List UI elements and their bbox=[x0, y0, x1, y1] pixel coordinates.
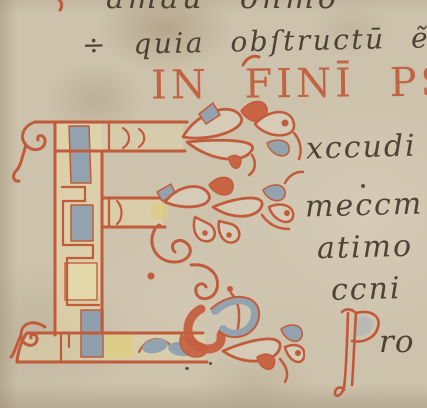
cropped-text-line-right: onmō bbox=[240, 0, 340, 16]
manuscript-page: amau onmō ÷ quia obſtructū ẽ IN FINĪ PS … bbox=[0, 0, 427, 408]
illuminated-initial-e bbox=[5, 95, 305, 400]
ink-speck bbox=[209, 362, 212, 365]
text-line-3: atimo bbox=[317, 229, 414, 267]
text-line-1: xccudi bbox=[306, 129, 418, 167]
cropped-text-line-left: amau bbox=[106, 0, 206, 16]
ink-speck bbox=[361, 184, 365, 188]
text-line-4: ccni bbox=[331, 271, 402, 308]
text-line-2: meccm bbox=[305, 186, 424, 224]
initial-p-outline bbox=[332, 305, 384, 403]
red-mark-fragment bbox=[54, 0, 68, 12]
pro-text: ro bbox=[379, 324, 414, 360]
rubric-ascender-flourish bbox=[241, 54, 261, 68]
ink-speck bbox=[185, 367, 189, 370]
